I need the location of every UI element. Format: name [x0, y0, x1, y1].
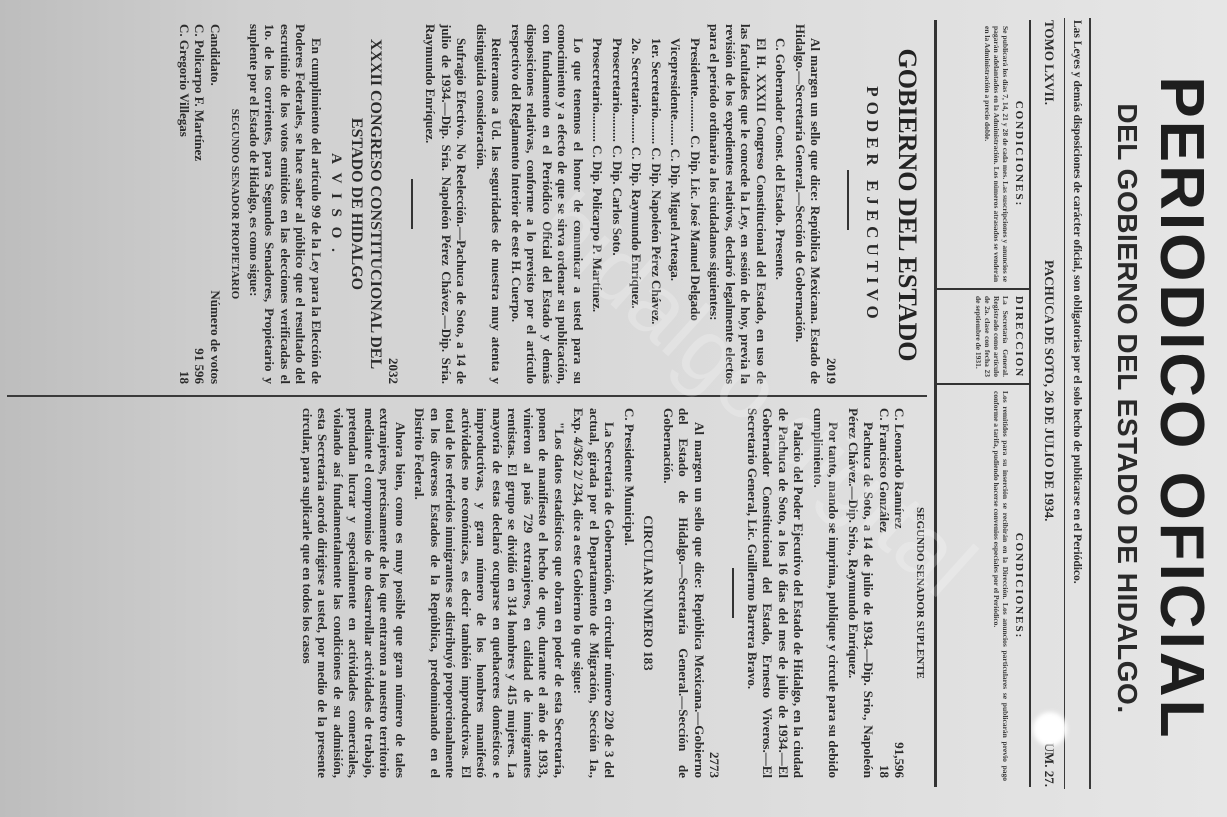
decree-paragraph: C. Gobernador Const. del Estado. Present…: [773, 24, 789, 384]
left-column: 2019 Al margen un sello que dice: Repúbl…: [177, 24, 840, 384]
decree-number: 2019: [824, 24, 840, 384]
candidate-name: C. Gregorio Villegas: [177, 24, 193, 137]
candidate-header: Candidato.: [208, 24, 224, 86]
circular-paragraph: Ahora bien, como es muy posible que gran…: [300, 408, 409, 778]
decree-paragraph: Al margen un sello que dice: República M…: [793, 24, 824, 384]
section-title: GOBIERNO DEL ESTADO: [892, 20, 922, 390]
candidate-row: C. Francisco González 18: [877, 408, 893, 778]
candidate-row: C. Policarpo F. Martínez 91 596: [192, 24, 208, 384]
newspaper-subtitle: DEL GOBIERNO DEL ESTADO DE HIDALGO.: [1111, 0, 1143, 817]
circular-number: 2773: [707, 408, 723, 778]
masthead: PERIODICO OFICIAL DEL GOBIERNO DEL ESTAD…: [1087, 0, 1227, 817]
circular-paragraph: "Los datos estadísticos que obran en pod…: [412, 408, 567, 778]
newspaper-page: PERIODICO OFICIAL DEL GOBIERNO DEL ESTAD…: [0, 0, 1227, 817]
candidate-name: C. Francisco González: [877, 408, 893, 533]
candidate-votes: 91 596: [192, 348, 208, 384]
right-column: SEGUNDO SENADOR SUPLENTE C. Leonardo Ram…: [296, 408, 928, 778]
header-rule: [847, 170, 849, 230]
newspaper-title: PERIODICO OFICIAL: [1146, 0, 1217, 817]
direction-box: DIRECCION La Secretaría General. Registr…: [937, 290, 1029, 385]
box-text: Los remitidos para su inserción se recib…: [992, 391, 1010, 781]
tomo-label: TOMO LXVII.: [1041, 20, 1057, 105]
candidate-votes: 91,596: [892, 742, 908, 778]
conditions-box-left: CONDICIONES: Se publicará los días 7, 14…: [937, 20, 1029, 290]
conditions-box-right: CONDICIONES: Los remitidos para su inser…: [937, 385, 1029, 787]
votes-header: Número de votos: [208, 290, 224, 384]
box-text: Se publicará los días 7, 14, 21 y 28 de …: [983, 26, 1010, 282]
separator-rule: [733, 568, 735, 618]
paper-damage-spot: [1033, 712, 1067, 746]
box-text: La Secretaría General. Registrado como a…: [974, 296, 1010, 377]
officer-line: Prosecretario......... C. Dip. Carlos So…: [610, 24, 626, 384]
section-subtitle: PODER EJECUTIVO: [862, 20, 882, 390]
issue-line: TOMO LXVII. PACHUCA DE SOTO, 26 DE JULIO…: [1037, 20, 1059, 787]
officer-line: Presidente........... C. Dip. Lic. José …: [688, 24, 704, 384]
decree-paragraph: Sufragio Efectivo. No Reelección.—Pachuc…: [423, 24, 470, 384]
candidates-header: Candidato. Número de votos: [208, 24, 224, 384]
aviso-paragraph: En cumplimiento del artículo 99 de la Le…: [247, 24, 325, 384]
candidate-name: C. Policarpo F. Martínez: [192, 24, 208, 161]
circular-heading: CIRCULAR NUMERO 183: [641, 408, 657, 778]
senate-alt-heading: SEGUNDO SENADOR SUPLENTE: [912, 408, 928, 778]
note-rule: [1064, 18, 1065, 789]
order-paragraph: Por tanto, mando se imprima, publique y …: [811, 408, 842, 778]
dateline: PACHUCA DE SOTO, 26 DE JULIO DE 1934.: [1041, 260, 1057, 521]
congress-number: 2032: [386, 24, 402, 384]
congress-heading: XXXII CONGRESO CONSTITUCIONAL DEL ESTADO…: [348, 24, 386, 384]
candidate-votes: 18: [177, 371, 193, 384]
closing-paragraph: Pachuca de Soto, a 14 de julio de 1934.—…: [846, 408, 877, 778]
decree-paragraph: Lo que tenemos el honor de comunicar a u…: [509, 24, 587, 384]
box-heading: CONDICIONES:: [1013, 391, 1025, 781]
candidate-row: C. Leonardo Ramírez 91,596: [892, 408, 908, 778]
candidate-name: C. Leonardo Ramírez: [892, 408, 908, 529]
aviso-heading: A V I S O .: [328, 24, 344, 384]
officer-line: 1er. Secretario........ C. Dip. Napoleón…: [649, 24, 665, 384]
circular-intro: Al margen un sello que dice: República M…: [661, 408, 708, 778]
decree-paragraph: El H. XXXII Congreso Constitucional del …: [707, 24, 769, 384]
candidate-votes: 18: [877, 765, 893, 778]
box-heading: DIRECCION: [1013, 296, 1025, 377]
masthead-rule: [1089, 18, 1091, 789]
palace-paragraph: Palacio del Poder Ejecutivo del Estado d…: [745, 408, 807, 778]
circular-paragraph: La Secretaría de Gobernación, en circula…: [571, 408, 618, 778]
senate-owner-heading: SEGUNDO SENADOR PROPIETARIO: [227, 24, 243, 384]
officer-line: Vicepresidente........ C. Dip. Miguel Ar…: [668, 24, 684, 384]
officer-line: 2o. Secretario......... C. Dip. Raymundo…: [629, 24, 645, 384]
legal-note: Las Leyes y demás disposiciones de carác…: [1071, 20, 1083, 787]
separator-rule: [411, 179, 413, 229]
circular-addressee: C. Presidente Municipal.: [622, 408, 638, 778]
candidate-row: C. Gregorio Villegas 18: [177, 24, 193, 384]
box-heading: CONDICIONES:: [1013, 26, 1025, 282]
officer-line: Prosecretario......... C. Dip. Policarpo…: [590, 24, 606, 384]
column-divider: [7, 395, 927, 397]
decree-paragraph: Reiteramos a Ud. las seguridades de nues…: [474, 24, 505, 384]
info-boxes: CONDICIONES: Se publicará los días 7, 14…: [934, 20, 1031, 787]
